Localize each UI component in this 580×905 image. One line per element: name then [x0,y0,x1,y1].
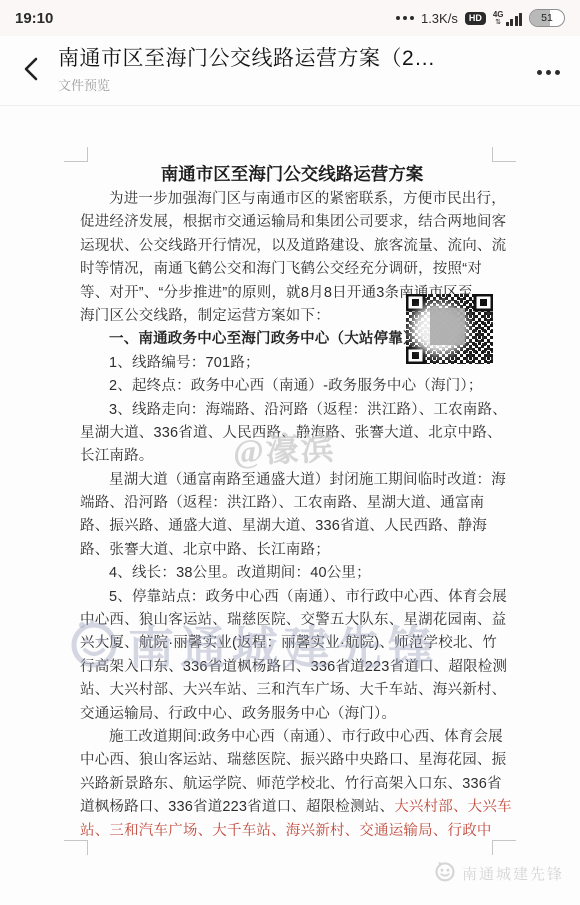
doc-line: 3、线路走向：海端路、沿河路（返程：洪江路）、工农南路、 [80,399,504,422]
doc-line: 4、线长：38公里。改道期间：40公里； [80,562,504,585]
doc-line: 端路、沿河路（返程：洪江路）、工农南路、星湖大道、通富南 [80,492,504,515]
doc-line: 施工改道期间:政务中心西（南通）、市行政中心西、体育会展 [80,726,504,749]
status-bar: 19:10 1.3K/s HD 4G ⇅ 51 [0,0,580,36]
doc-line-mixed: 道枫杨路口、336省道223省道口、超限检测站、大兴村部、大兴车 [80,796,504,819]
clock: 19:10 [15,10,53,27]
battery-icon: 51 [529,9,565,27]
back-chevron-icon [23,57,39,86]
page-subtitle: 文件预览 [58,75,510,94]
page-title: 南通市区至海门公交线路运营方案（2… [58,42,510,72]
screen: 19:10 1.3K/s HD 4G ⇅ 51 南 [0,0,580,905]
doc-line: 中心西、狼山客运站、瑞慈医院、振兴路中央路口、星海花园、振 [80,749,504,772]
battery-percent: 51 [541,12,553,24]
document-preview[interactable]: 南通市区至海门公交线路运营方案 为进一步加强海门区与南通市区的紧密联系，方便市民… [80,161,504,843]
hd-volte-icon: HD [465,12,486,25]
doc-line: 星湖大道、336省道、人民西路、静海路、张謇大道、北京中路、 [80,422,504,445]
doc-line: 兴大厦、航院·丽馨实业(返程：丽馨实业·航院)、师范学校北、竹 [80,632,504,655]
doc-line: 中心西、狼山客运站、瑞慈医院、交警五大队东、星湖花园南、益 [80,609,504,632]
cellular-signal-icon: 4G ⇅ [493,11,522,26]
doc-line-red: 站、三和汽车广场、大千车站、海兴新村、交通运输局、行政中 [80,820,504,843]
doc-line: 促进经济发展，根据市交通运输局和集团公司要求，结合两地间客 [80,211,504,234]
footer-brand: 南通城建先锋 [434,860,564,887]
header: 南通市区至海门公交线路运营方案（2… 文件预览 [0,36,580,106]
notification-dots-icon [396,16,414,20]
doc-line-black-part: 道枫杨路口、336省道223省道口、超限检测站、 [80,799,394,815]
doc-line: 2、起终点：政务中心西（南通）-政务服务中心（海门）； [80,375,504,398]
doc-line: 5、停靠站点：政务中心西（南通）、市行政中心西、体育会展 [80,586,504,609]
doc-line: 运现状、公交线路开行情况，以及道路建设、旅客流量、流向、流 [80,235,504,258]
doc-line-red-part: 大兴村部、大兴车 [394,799,512,815]
doc-line: 兴路新景路东、航运学院、师范学校北、竹行高架入口东、336省 [80,773,504,796]
doc-line: 站、大兴村部、大兴车站、三和汽车广场、大千车站、海兴新村、 [80,679,504,702]
page-corner-mark [492,147,516,162]
back-button[interactable] [12,52,50,90]
qr-code [406,294,493,364]
doc-line: 交通运输局、行政中心、政务服务中心（海门）。 [80,703,504,726]
footer-brand-text: 南通城建先锋 [462,863,564,884]
doc-line: 星湖大道（通富南路至通盛大道）封闭施工期间临时改道：海 [80,469,504,492]
more-menu-button[interactable] [535,64,562,81]
network-speed: 1.3K/s [421,11,458,26]
smiley-logo-icon [434,860,456,887]
doc-line: 为进一步加强海门区与南通市区的紧密联系，方便市民出行， [80,188,504,211]
document-title: 南通市区至海门公交线路运营方案 [80,161,504,188]
doc-line: 时等情况，南通飞鹤公交和海门飞鹤公交经充分调研，按照“对 [80,258,504,281]
doc-line: 长江南路。 [80,445,504,468]
doc-line: 路、振兴路、通盛大道、星湖大道、336省道、人民西路、静海 [80,515,504,538]
doc-line: 路、张謇大道、北京中路、长江南路； [80,539,504,562]
doc-line: 行高架入口东、336省道枫杨路口、336省道223省道口、超限检测 [80,656,504,679]
page-corner-mark [64,147,88,162]
